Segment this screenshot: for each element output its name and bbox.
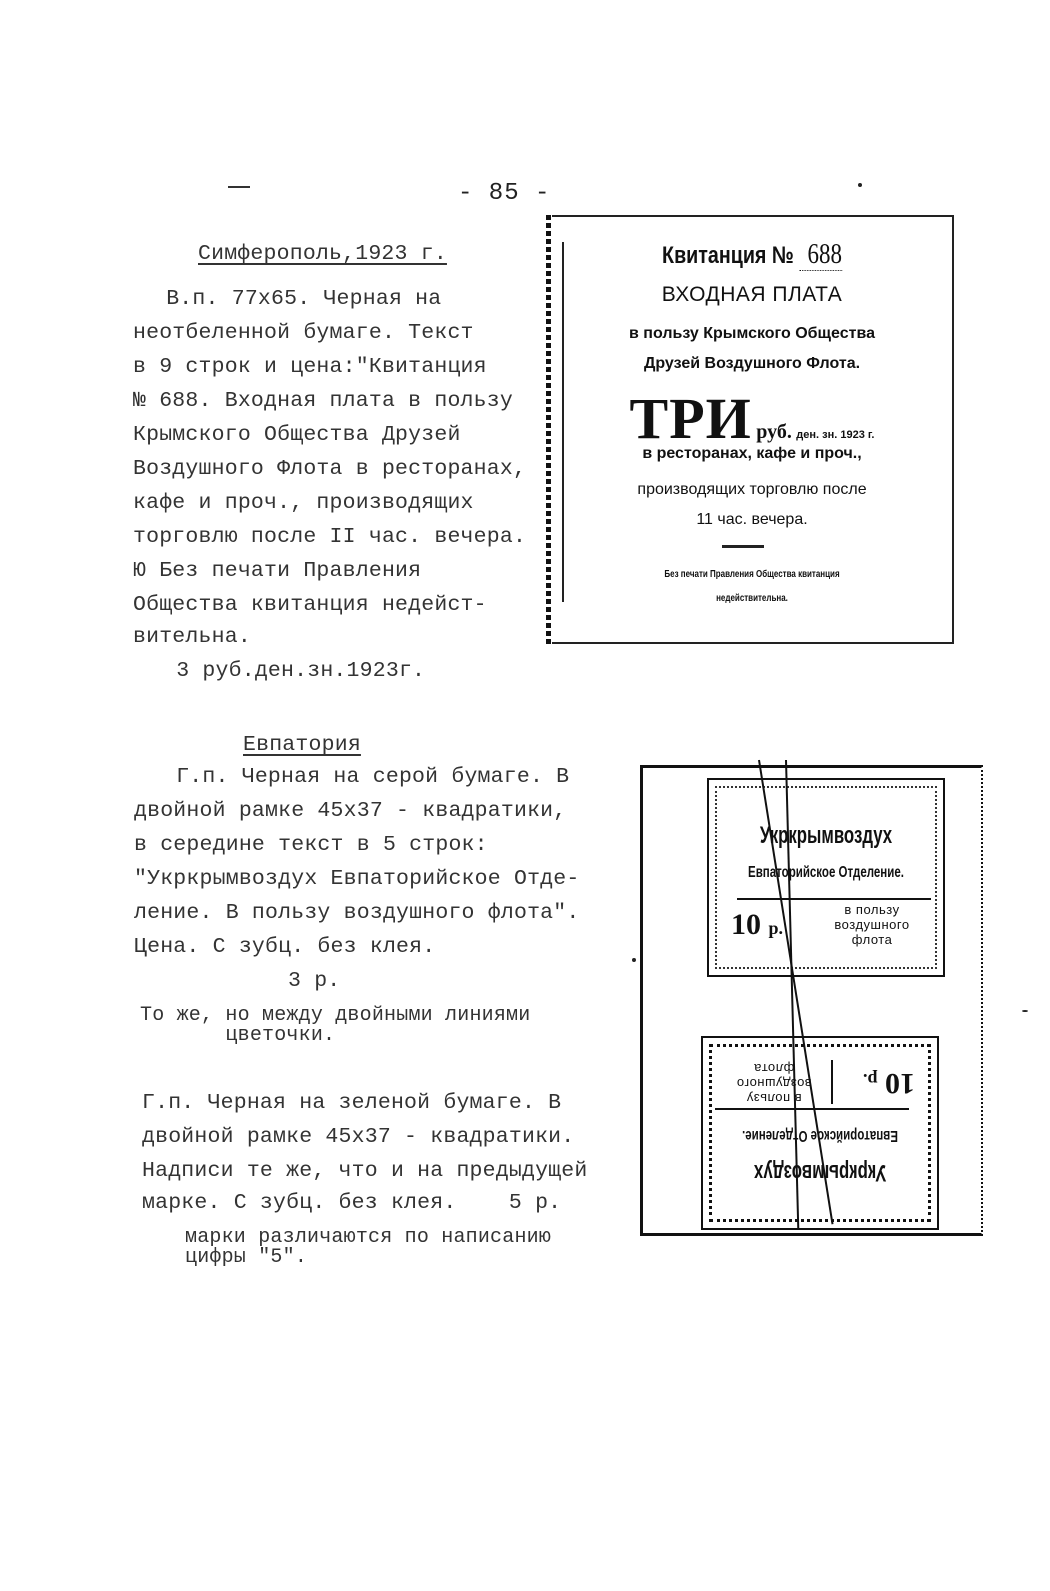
receipt-amount-word: ТРИ [630,386,752,451]
receipt-note: Без печати Правления Общества квитанция [592,569,912,580]
stamp-title: Укркрымвоздух [738,1158,902,1186]
text-line: двойной рамке 45х37 - квадратики. [142,1121,574,1155]
receipt-currency-note: ден. зн. 1923 г. [796,429,874,441]
text-line: цветочки. [140,1019,335,1053]
text-line: № 688. Входная плата в пользу [133,385,513,419]
stamp-benefit-line: воздушного [719,1076,829,1091]
stamps-image: Укркрымвоздух Евпаторийское Отделение. 1… [640,765,983,1236]
stamp-value: 10 р. [731,908,783,942]
stamp-benefit-line: флота [719,1061,829,1076]
stamp-benefit-line: воздушного [817,917,927,932]
text-line: В.п. 77х65. Черная на [140,283,441,317]
text-line: Г.п. Черная на серой бумаге. В [150,761,569,795]
receipt-line: в ресторанах, кафе и проч., [552,445,952,463]
receipt-line: производящих торговлю после [552,481,952,499]
receipt-line: в пользу Крымского Общества [552,325,952,343]
text-line: в 9 строк и цена:"Квитанция [133,351,487,385]
stamp-department: Евпаторийское Отделение. [742,864,910,882]
scan-speck [1022,1010,1028,1012]
receipt-subtitle: ВХОДНАЯ ПЛАТА [552,283,952,307]
text-line: марке. С зубц. без клея. 5 р. [142,1187,561,1221]
stamp-value-number: 10 [731,908,761,941]
section-heading-simferopol: Симферополь,1923 г. [198,238,447,272]
stamp-flowers-frame: Укркрымвоздух Евпаторийское Отделение. 1… [701,1036,939,1230]
stamp-divider [737,898,931,900]
scan-speck [632,958,636,962]
scan-speck [858,183,862,187]
text-line: Крымского Общества Друзей [133,419,461,453]
stamp-value-unit: р. [863,1070,878,1090]
text-line: торговлю после II час. вечера. [133,521,526,555]
price-line: 3 руб.ден.зн.1923г. [150,655,425,689]
receipt-divider [722,545,764,548]
text-line: Воздушного Флота в ресторанах, [133,453,526,487]
text-line: Г.п. Черная на зеленой бумаге. В [142,1087,561,1121]
text-line: Надписи те же, что и на предыдущей [142,1155,587,1189]
receipt-line: Друзей Воздушного Флота. [552,355,952,373]
text-line: ление. В пользу воздушного флота". [134,897,579,931]
stamp-benefit-line: флота [817,932,927,947]
receipt-line: 11 час. вечера. [552,511,952,529]
receipt-amount: ТРИ руб. ден. зн. 1923 г. [552,385,952,445]
dash-mark [228,186,250,188]
stamp-value: 10 р. [863,1066,915,1100]
text-line: в середине текст в 5 строк: [134,829,488,863]
receipt-note: недействительна. [592,593,912,604]
stamp-value-number: 10 [885,1067,915,1100]
receipt-number: 688 [799,239,842,271]
text-line: Цена. С зубц. без клея. [134,931,435,965]
receipt-currency: руб. [756,421,792,443]
page-number: - 85 - [458,180,550,207]
section-heading-evpatoria: Евпатория [243,729,361,763]
stamp-squares-frame: Укркрымвоздух Евпаторийское Отделение. 1… [707,778,945,977]
text-line: Ю Без печати Правления [133,555,421,589]
stamp-value-unit: р. [769,918,784,938]
text-line: двойной рамке 45х37 - квадратики, [134,795,566,829]
receipt-title-label: Квитанция № [662,242,794,269]
stamp-benefit: в пользу воздушного флота [817,902,927,947]
text-line: "Укркрымвоздух Евпаторийское Отде- [134,863,579,897]
stamp-divider [715,1108,909,1110]
stamp-vertical-divider [831,1060,833,1104]
receipt-title: Квитанция № 688 [588,239,916,271]
price-line: 3 р. [288,965,340,999]
text-line: Общества квитанция недейст- [133,589,487,623]
receipt-image: Квитанция № 688 ВХОДНАЯ ПЛАТА в пользу К… [552,215,954,644]
text-line: цифры "5". [185,1241,307,1275]
stamp-benefit-line: в пользу [817,902,927,917]
text-line: вительна. [133,621,251,655]
text-line: кафе и проч., производящих [133,487,474,521]
text-line: неотбеленной бумаге. Текст [133,317,474,351]
